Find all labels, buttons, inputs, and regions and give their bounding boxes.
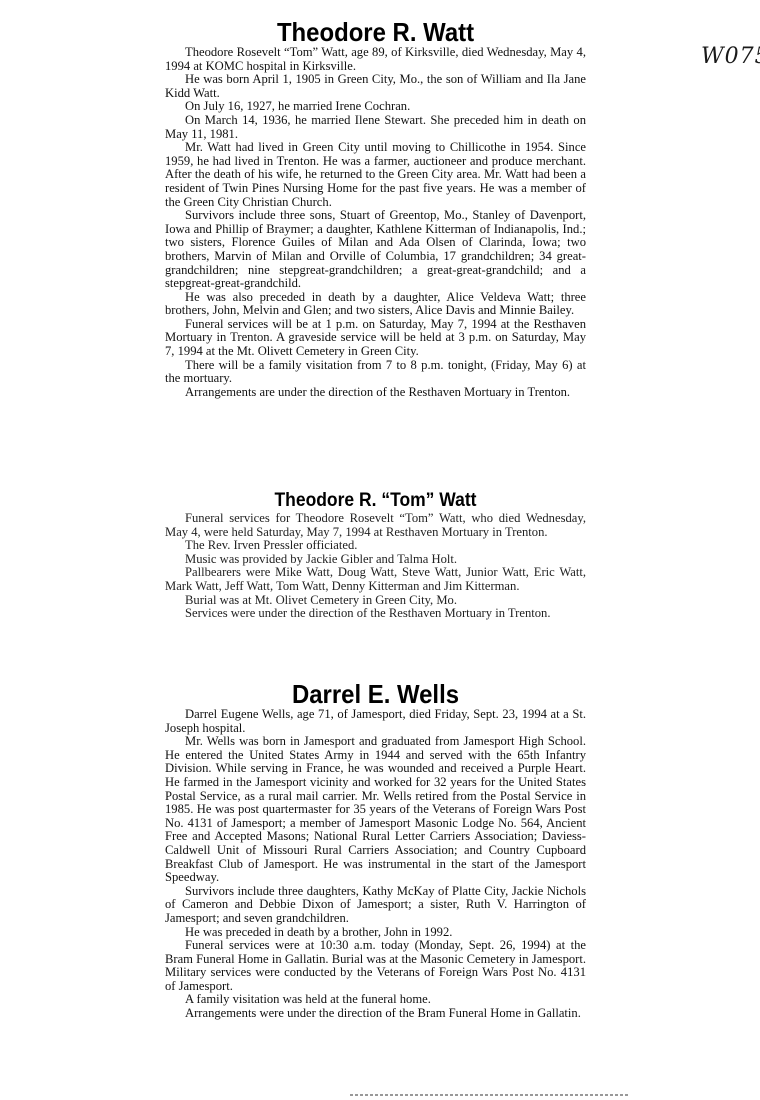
obituary-paragraph: Mr. Watt had lived in Green City until m… [165, 141, 586, 209]
obituary-paragraph: Funeral services will be at 1 p.m. on Sa… [165, 318, 586, 359]
obituary-paragraph: On March 14, 1936, he married Ilene Stew… [165, 114, 586, 141]
scanned-page: W075 Theodore R. Watt Theodore Rosevelt … [0, 0, 760, 1100]
obituary-paragraph: Funeral services for Theodore Rosevelt “… [165, 512, 586, 539]
scan-artifact-divider [350, 1094, 630, 1096]
obituary-paragraph: Arrangements are under the direction of … [165, 386, 586, 400]
obituary-paragraph: Services were under the direction of the… [165, 607, 586, 621]
obituary-paragraph: Music was provided by Jackie Gibler and … [165, 553, 586, 567]
obituary-paragraph: Survivors include three sons, Stuart of … [165, 209, 586, 291]
obituary-paragraph: Survivors include three daughters, Kathy… [165, 885, 586, 926]
obituary-paragraph: A family visitation was held at the fune… [165, 993, 586, 1007]
obituary-paragraph: Arrangements were under the direction of… [165, 1007, 586, 1021]
obituary-paragraph: Pallbearers were Mike Watt, Doug Watt, S… [165, 566, 586, 593]
obituary-theodore-watt: Theodore R. Watt Theodore Rosevelt “Tom”… [165, 18, 586, 399]
obituary-paragraph: Darrel Eugene Wells, age 71, of Jamespor… [165, 708, 586, 735]
obituary-paragraph: On July 16, 1927, he married Irene Cochr… [165, 100, 586, 114]
obituary-paragraph: The Rev. Irven Pressler officiated. [165, 539, 586, 553]
obituary-paragraph: Funeral services were at 10:30 a.m. toda… [165, 939, 586, 993]
obituary-darrel-wells: Darrel E. Wells Darrel Eugene Wells, age… [165, 680, 586, 1021]
obituary-paragraph: Burial was at Mt. Olivet Cemetery in Gre… [165, 594, 586, 608]
obituary-theodore-tom-watt-services: Theodore R. “Tom” Watt Funeral services … [165, 490, 586, 621]
obituary-title: Theodore R. Watt [182, 18, 569, 46]
obituary-paragraph: There will be a family visitation from 7… [165, 359, 586, 386]
obituary-title: Darrel E. Wells [182, 680, 569, 708]
obituary-paragraph: He was also preceded in death by a daugh… [165, 291, 586, 318]
obituary-paragraph: He was born April 1, 1905 in Green City,… [165, 73, 586, 100]
obituary-paragraph: He was preceded in death by a brother, J… [165, 926, 586, 940]
obituary-paragraph: Theodore Rosevelt “Tom” Watt, age 89, of… [165, 46, 586, 73]
obituary-title: Theodore R. “Tom” Watt [182, 490, 569, 512]
obituary-paragraph: Mr. Wells was born in Jamesport and grad… [165, 735, 586, 885]
handwritten-archive-label: W075 [701, 44, 760, 69]
